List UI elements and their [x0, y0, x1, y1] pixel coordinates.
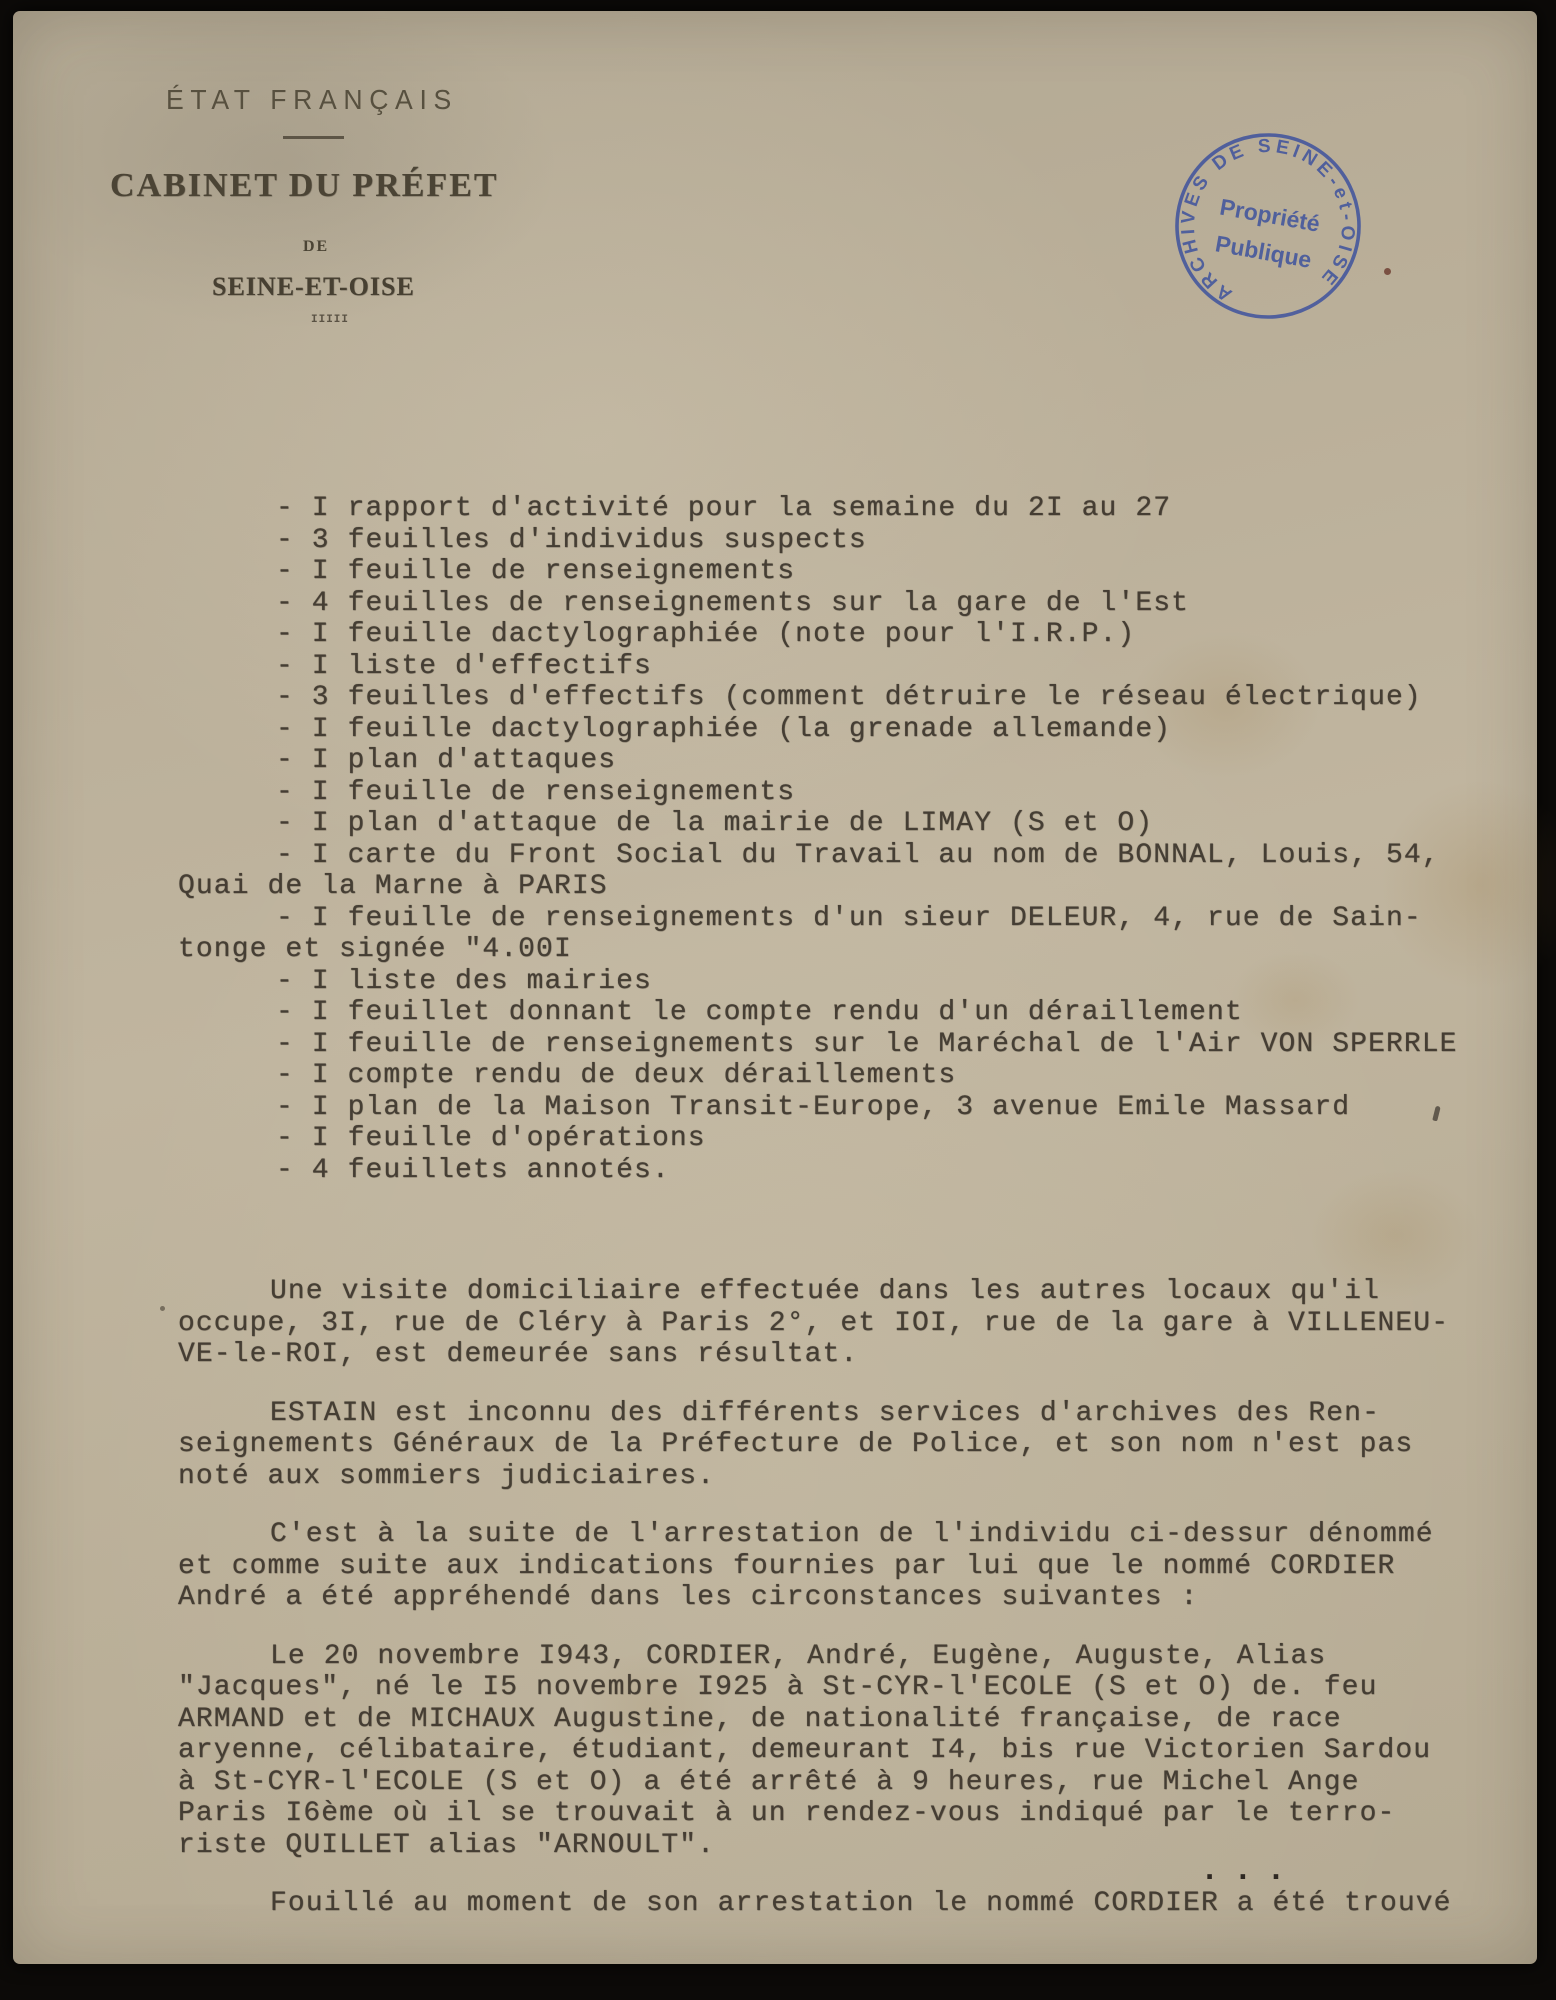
typed-line: - I compte rendu de deux déraillements — [178, 1060, 1528, 1092]
typed-line: "Jacques", né le I5 novembre I925 à St-C… — [178, 1672, 1528, 1704]
typed-paragraph: ESTAIN est inconnu des différents servic… — [178, 1398, 1528, 1493]
typed-paragraph: C'est à la suite de l'arrestation de l'i… — [178, 1519, 1528, 1614]
typed-line: - 3 feuilles d'effectifs (comment détrui… — [178, 682, 1528, 714]
typed-line: - I feuille de renseignements — [178, 777, 1528, 809]
typed-line: - I carte du Front Social du Travail au … — [178, 840, 1528, 872]
typed-line: - I feuille d'opérations — [178, 1123, 1528, 1155]
typed-line: - I plan de la Maison Transit-Europe, 3 … — [178, 1092, 1528, 1124]
typed-paragraphs: Une visite domiciliaire effectuée dans l… — [178, 1276, 1528, 1920]
typed-line: VE-le-ROI, est demeurée sans résultat. — [178, 1339, 1528, 1371]
typed-line: - I feuille de renseignements d'un sieur… — [178, 903, 1528, 935]
typed-line: - I plan d'attaques — [178, 745, 1528, 777]
typed-line: - I feuille dactylographiée (note pour l… — [178, 619, 1528, 651]
typed-line: ESTAIN est inconnu des différents servic… — [178, 1398, 1528, 1430]
letterhead-de: DE — [303, 238, 329, 256]
typed-line: Paris I6ème où il se trouvait à un rende… — [178, 1798, 1528, 1830]
typed-line: - I plan d'attaque de la mairie de LIMAY… — [178, 808, 1528, 840]
typed-document: - I rapport d'activité pour la semaine d… — [178, 430, 1528, 1951]
typed-line: - I feuille dactylographiée (la grenade … — [178, 714, 1528, 746]
typed-line: - I feuille de renseignements — [178, 556, 1528, 588]
page-background: { "letterhead": { "state": "ÉTAT FRANÇAI… — [0, 0, 1556, 2000]
typed-line: C'est à la suite de l'arrestation de l'i… — [178, 1519, 1528, 1551]
typed-line: et comme suite aux indications fournies … — [178, 1551, 1528, 1583]
typed-paragraph: Une visite domiciliaire effectuée dans l… — [178, 1276, 1528, 1371]
typed-paragraph: Fouillé au moment de son arrestation le … — [178, 1888, 1528, 1920]
letterhead-mark: IIIII — [311, 314, 349, 326]
typed-line: tonge et signée "4.00I — [178, 934, 1528, 966]
typed-line: - I rapport d'activité pour la semaine d… — [178, 493, 1528, 525]
typed-line: - I feuillet donnant le compte rendu d'u… — [178, 997, 1528, 1029]
typed-line: riste QUILLET alias "ARNOULT". — [178, 1830, 1528, 1862]
typed-line: - I liste d'effectifs — [178, 651, 1528, 683]
typed-line: - I liste des mairies — [178, 966, 1528, 998]
typed-line: - 3 feuilles d'individus suspects — [178, 525, 1528, 557]
typed-line: noté aux sommiers judiciaires. — [178, 1461, 1528, 1493]
typed-line: - 4 feuilles de renseignements sur la ga… — [178, 588, 1528, 620]
typed-line: Une visite domiciliaire effectuée dans l… — [178, 1276, 1528, 1308]
typed-line: aryenne, célibataire, étudiant, demeuran… — [178, 1735, 1528, 1767]
typed-line: Quai de la Marne à PARIS — [178, 871, 1528, 903]
typed-line: à St-CYR-l'ECOLE (S et O) a été arrêté à… — [178, 1767, 1528, 1799]
typed-line: seignements Généraux de la Préfecture de… — [178, 1429, 1528, 1461]
typed-line: André a été appréhendé dans les circonst… — [178, 1582, 1528, 1614]
letterhead-divider — [283, 136, 344, 139]
typed-line: - 4 feuillets annotés. — [178, 1155, 1528, 1187]
typed-line: Fouillé au moment de son arrestation le … — [178, 1888, 1528, 1920]
letterhead-department: SEINE-ET-OISE — [212, 272, 415, 302]
ellipsis-continuation: ... — [1200, 1852, 1300, 1889]
archive-stamp: ARCHIVES DE SEINE-et-OISE Propriété Publ… — [1162, 120, 1374, 332]
typed-line: - I feuille de renseignements sur le Mar… — [178, 1029, 1528, 1061]
typed-list: - I rapport d'activité pour la semaine d… — [178, 493, 1528, 1186]
letterhead-state: ÉTAT FRANÇAIS — [166, 84, 458, 116]
stamp-center-line1: Propriété — [1218, 194, 1322, 237]
letterhead-office: CABINET DU PRÉFET — [110, 167, 499, 205]
typed-line: Le 20 novembre I943, CORDIER, André, Eug… — [178, 1641, 1528, 1673]
typed-line: occupe, 3I, rue de Cléry à Paris 2°, et … — [178, 1308, 1528, 1340]
typed-line: ARMAND et de MICHAUX Augustine, de natio… — [178, 1704, 1528, 1736]
stamp-center-line2: Publique — [1213, 230, 1313, 272]
typed-paragraph: Le 20 novembre I943, CORDIER, André, Eug… — [178, 1641, 1528, 1862]
